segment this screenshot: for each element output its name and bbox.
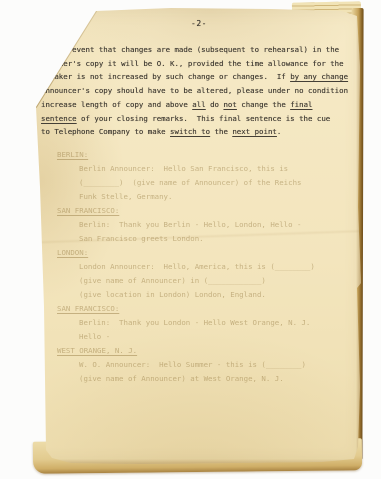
faint-script-line: SAN FRANCISCO: (21, 302, 315, 316)
punch-hole-top (28, 171, 38, 181)
faint-script-line: BERLIN: (21, 148, 315, 162)
faint-script-line: Berlin: Thank you London - Hello West Or… (21, 316, 315, 330)
paragraph-line: Speaker is not increased by such change … (41, 70, 348, 84)
paragraph-line: to Telephone Company to make switch to t… (41, 125, 348, 139)
faint-script-line: Funk Stelle, Germany. (21, 190, 315, 204)
faint-script-line: San Francisco greets London. (21, 232, 315, 246)
punch-hole-bottom (29, 299, 39, 309)
faded-script-section: BERLIN:Berlin Announcer: Hello San Franc… (21, 148, 315, 386)
paragraph-line: Announcer's copy should have to be alter… (41, 84, 348, 98)
faint-script-line: LONDON: (21, 246, 315, 260)
scanned-document-photo: -2- In the event that changes are made (… (0, 0, 381, 479)
faint-script-line: Berlin Announcer: Hello San Francisco, t… (21, 162, 315, 176)
typed-paragraph: In the event that changes are made (subs… (41, 43, 348, 139)
faint-script-line: W. O. Announcer: Hello Summer - this is … (21, 358, 315, 372)
faint-script-line: Hello - (21, 330, 315, 344)
paragraph-line: sentence of your closing remarks. This f… (41, 112, 348, 126)
faint-script-line: SAN FRANCISCO: (21, 204, 315, 218)
faint-script-line: London Announcer: Hello, America, this i… (21, 260, 315, 274)
faint-script-line: (give location in London) London, Englan… (21, 288, 315, 302)
document-page: -2- In the event that changes are made (… (21, 7, 363, 466)
paragraph-line: increase length of copy and above all do… (41, 98, 348, 112)
faint-script-line: (________) (give name of Announcer) of t… (21, 176, 315, 190)
paragraph-line: Speaker's copy it will be O. K., provide… (41, 57, 348, 71)
faint-script-line: (give name of Announcer) in (___________… (21, 274, 315, 288)
faint-script-line: (give name of Announcer) at West Orange,… (21, 372, 315, 386)
faint-script-line: WEST ORANGE, N. J. (21, 344, 315, 358)
faint-script-line: Berlin: Thank you Berlin - Hello, London… (21, 218, 315, 232)
paragraph-line: In the event that changes are made (subs… (41, 43, 348, 57)
page-number: -2- (21, 19, 363, 28)
